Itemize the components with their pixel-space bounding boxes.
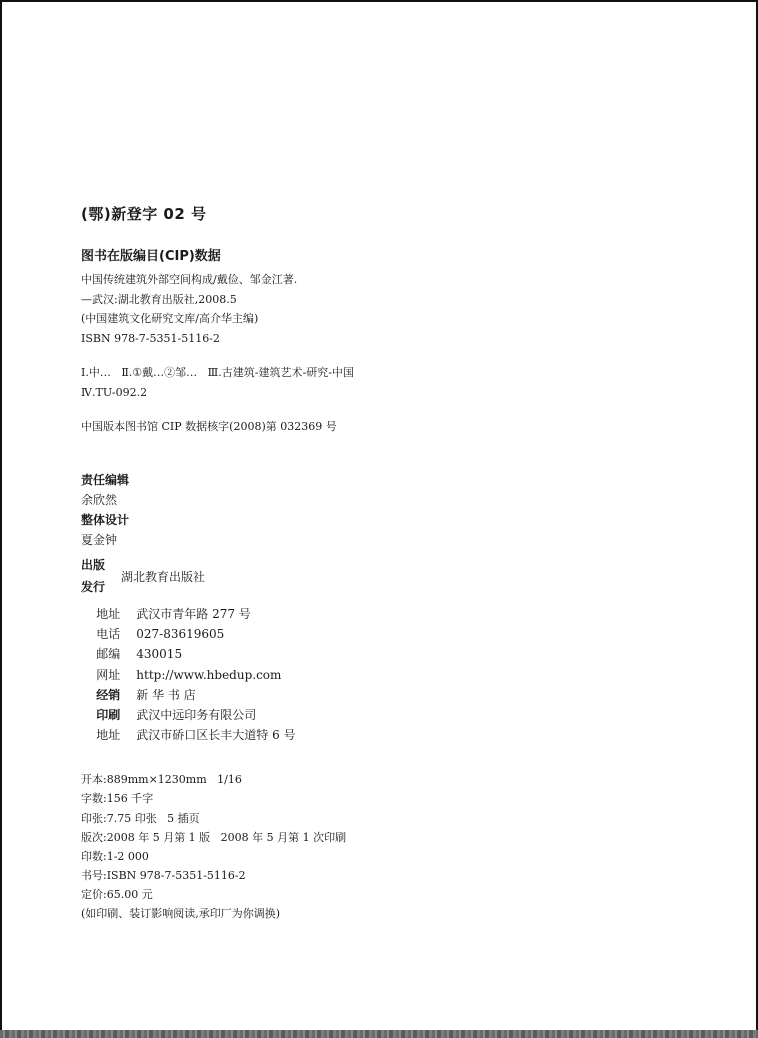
editor-name: 余欣然 (81, 494, 117, 506)
publisher-labels: 出版 发行 (81, 554, 121, 598)
spec-line: 印数:1-2 000 (81, 851, 149, 862)
cip-classification: Ⅰ.中… Ⅱ.①戴…②邹… Ⅲ.古建筑-建筑艺术-研究-中国 (81, 367, 354, 378)
spec-line: 版次:2008 年 5 月第 1 版 2008 年 5 月第 1 次印刷 (81, 832, 346, 843)
publisher-label-2: 发行 (81, 580, 105, 594)
cip-verification: 中国版本图书馆 CIP 数据核字(2008)第 032369 号 (81, 421, 337, 432)
spec-line: 开本:889mm×1230mm 1/16 (81, 774, 242, 785)
copyright-page: (鄂)新登字 02 号 图书在版编目(CIP)数据 中国传统建筑外部空间构成/戴… (0, 0, 758, 1038)
registration-number: (鄂)新登字 02 号 (81, 207, 207, 222)
cip-line: (中国建筑文化研究文库/高介华主编) (81, 313, 258, 324)
spec-line: 印张:7.75 印张 5 插页 (81, 813, 200, 824)
editor-label: 责任编辑 (81, 474, 129, 486)
publisher-name: 湖北教育出版社 (121, 568, 205, 585)
cip-title: 图书在版编目(CIP)数据 (81, 250, 221, 263)
contact-value: 武汉市硚口区长丰大道特 6 号 (136, 728, 295, 742)
spec-line: 书号:ISBN 978-7-5351-5116-2 (81, 870, 246, 881)
publisher-label-1: 出版 (81, 558, 105, 572)
design-label: 整体设计 (81, 514, 129, 526)
cip-line: —武汉:湖北教育出版社,2008.5 (81, 294, 237, 305)
contact-row: 地址武汉市硚口区长丰大道特 6 号 (81, 717, 296, 753)
publisher-block: 出版 发行 湖北教育出版社 (81, 554, 205, 598)
spec-line: 定价:65.00 元 (81, 889, 153, 900)
spec-line: 字数:156 千字 (81, 793, 153, 804)
spec-note: (如印刷、装订影响阅读,承印厂为你调换) (81, 908, 280, 919)
cip-classification: Ⅳ.TU-092.2 (81, 387, 147, 398)
designer-name: 夏金钟 (81, 534, 117, 546)
contact-label: 地址 (96, 729, 136, 741)
scan-edge-strip (0, 1030, 758, 1038)
cip-line: 中国传统建筑外部空间构成/戴俭、邹金江著. (81, 274, 297, 285)
cip-isbn: ISBN 978-7-5351-5116-2 (81, 333, 220, 344)
